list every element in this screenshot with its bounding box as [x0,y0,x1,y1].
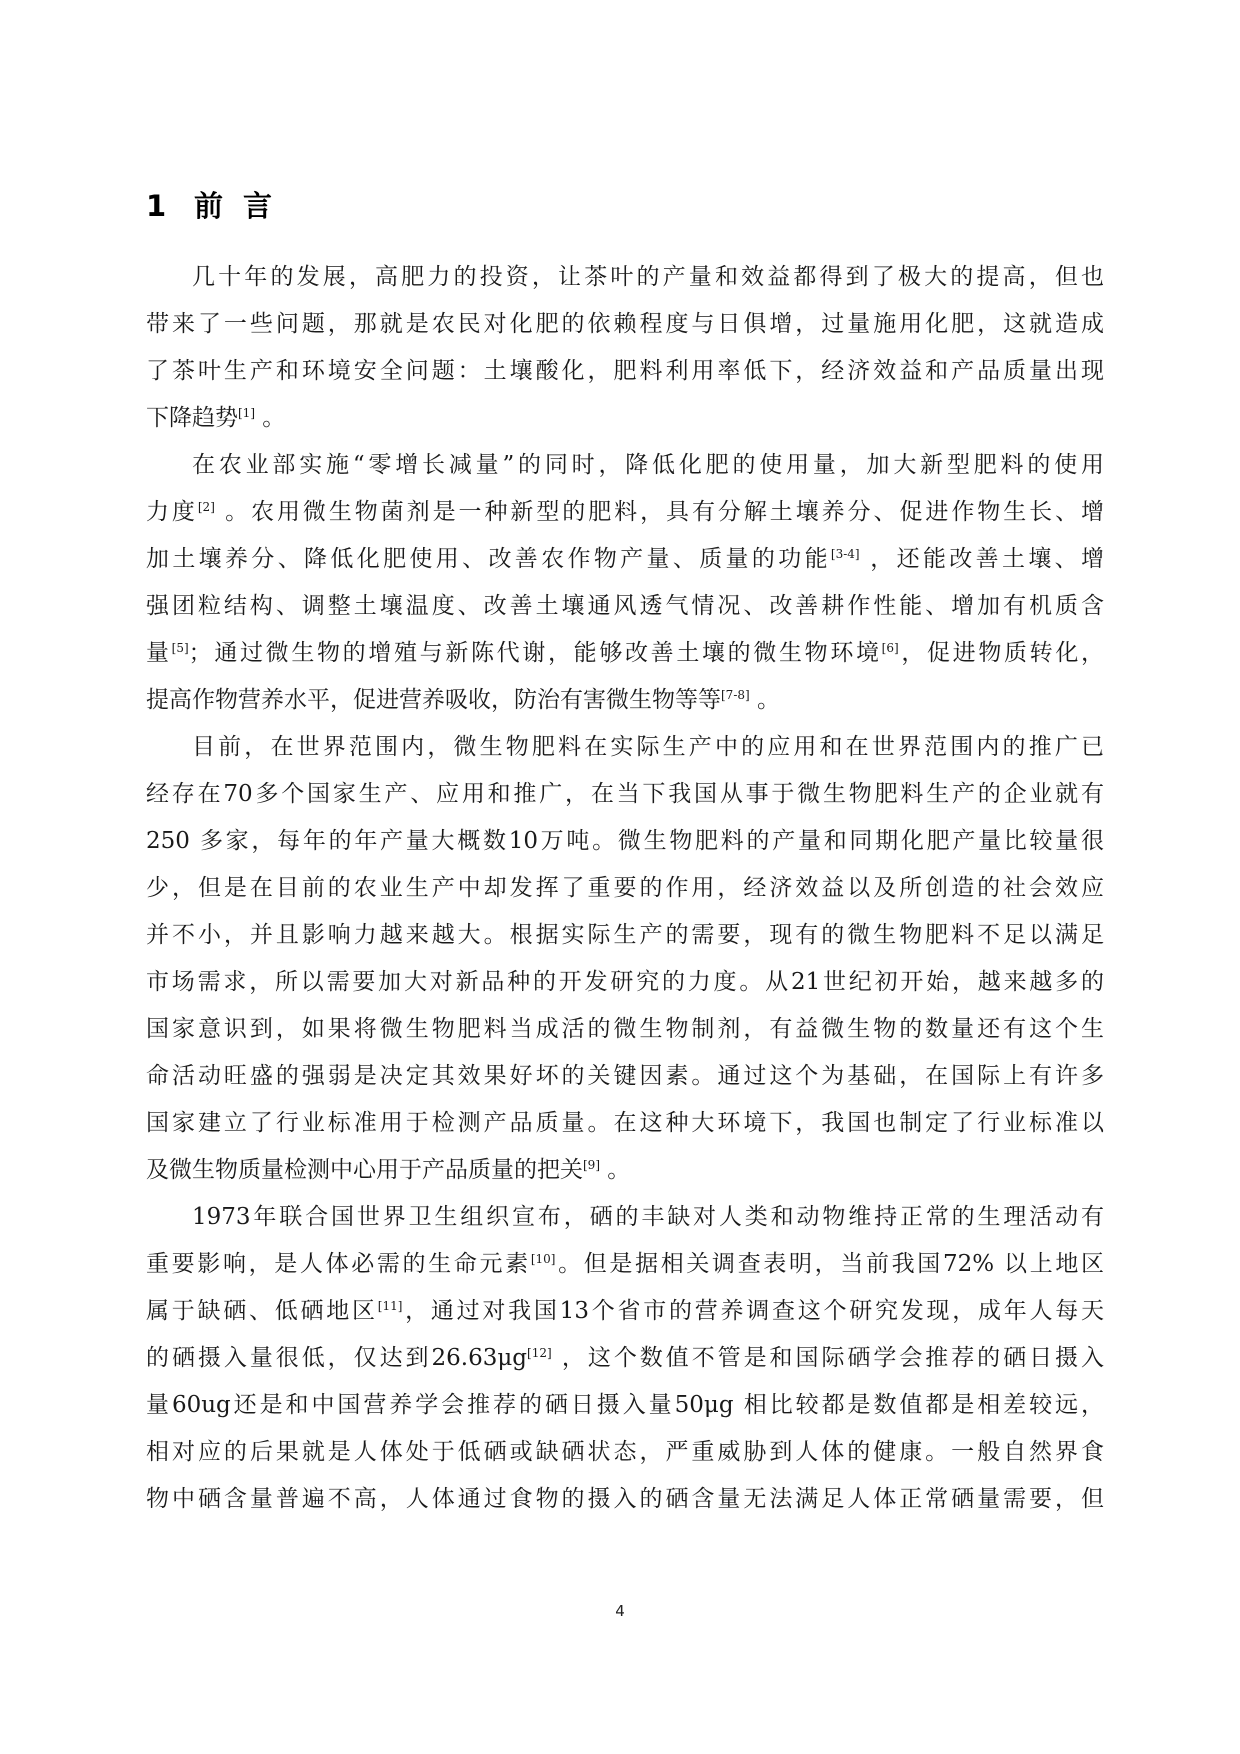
paragraph-line: 的硒摄入量很低，仅达到26.63μg[12] ，这个数值不管是和国际硒学会推荐的… [146,1335,1104,1382]
citation-ref: [10] [531,1252,556,1266]
citation-ref: [2] [198,500,215,514]
citation-ref: [6] [882,641,899,655]
citation-ref: [3-4] [831,547,860,561]
paragraph-line: 物中硒含量普遍不高，人体通过食物的摄入的硒含量无法满足人体正常硒量需要，但 [146,1476,1104,1523]
section-number: 1 [146,186,194,226]
paragraph-line: 强团粒结构、调整土壤温度、改善土壤通风透气情况、改善耕作性能、增加有机质含 [146,583,1104,630]
paragraph-line: 经存在70多个国家生产、应用和推广，在当下我国从事于微生物肥料生产的企业就有 [146,771,1104,818]
paragraph-line: 量[5]；通过微生物的增殖与新陈代谢，能够改善土壤的微生物环境[6]，促进物质转… [146,630,1104,677]
body-text: 几十年的发展，高肥力的投资，让茶叶的产量和效益都得到了极大的提高，但也 带来了一… [146,254,1104,1523]
paragraph-line: 几十年的发展，高肥力的投资，让茶叶的产量和效益都得到了极大的提高，但也 [146,254,1104,301]
citation-ref: [1] [238,406,255,420]
citation-ref: [12] [527,1346,552,1360]
paragraph-line: 国家建立了行业标准用于检测产品质量。在这种大环境下，我国也制定了行业标准以 [146,1100,1104,1147]
paragraph-line: 在农业部实施“零增长减量”的同时，降低化肥的使用量，加大新型肥料的使用 [146,442,1104,489]
paragraph-line: 重要影响，是人体必需的生命元素[10]。但是据相关调查表明，当前我国72% 以上… [146,1241,1104,1288]
citation-ref: [11] [378,1299,403,1313]
paragraph-line: 目前，在世界范围内，微生物肥料在实际生产中的应用和在世界范围内的推广已 [146,724,1104,771]
paragraph-line: 250 多家，每年的年产量大概数10万吨。微生物肥料的产量和同期化肥产量比较量很 [146,818,1104,865]
paragraph-line: 相对应的后果就是人体处于低硒或缺硒状态，严重威胁到人体的健康。一般自然界食 [146,1429,1104,1476]
section-heading: 1前言 [146,186,292,226]
paragraph-line: 量60ug还是和中国营养学会推荐的硒日摄入量50μg 相比较都是数值都是相差较远… [146,1382,1104,1429]
paragraph-line: 少，但是在目前的农业生产中却发挥了重要的作用，经济效益以及所创造的社会效应 [146,865,1104,912]
document-page: 1前言 几十年的发展，高肥力的投资，让茶叶的产量和效益都得到了极大的提高，但也 … [0,0,1240,1754]
citation-ref: [7-8] [721,688,750,702]
page-number: 4 [0,1602,1240,1620]
paragraph-line: 了茶叶生产和环境安全问题：土壤酸化，肥料利用率低下，经济效益和产品质量出现 [146,348,1104,395]
paragraph-line: 并不小，并且影响力越来越大。根据实际生产的需要，现有的微生物肥料不足以满足 [146,912,1104,959]
paragraph-line: 及微生物质量检测中心用于产品质量的把关[9] 。 [146,1147,1104,1194]
section-title: 前言 [194,189,292,223]
paragraph-line: 力度[2] 。农用微生物菌剂是一种新型的肥料，具有分解土壤养分、促进作物生长、增 [146,489,1104,536]
paragraph-line: 属于缺硒、低硒地区[11]，通过对我国13个省市的营养调查这个研究发现，成年人每… [146,1288,1104,1335]
paragraph-line: 加土壤养分、降低化肥使用、改善农作物产量、质量的功能[3-4] ，还能改善土壤、… [146,536,1104,583]
citation-ref: [5] [172,641,189,655]
paragraph-line: 1973年联合国世界卫生组织宣布，硒的丰缺对人类和动物维持正常的生理活动有 [146,1194,1104,1241]
paragraph-line: 命活动旺盛的强弱是决定其效果好坏的关键因素。通过这个为基础，在国际上有许多 [146,1053,1104,1100]
paragraph-line: 下降趋势[1] 。 [146,395,1104,442]
paragraph-line: 提高作物营养水平，促进营养吸收，防治有害微生物等等[7-8] 。 [146,677,1104,724]
citation-ref: [9] [583,1158,600,1172]
paragraph-line: 市场需求，所以需要加大对新品种的开发研究的力度。从21世纪初开始，越来越多的 [146,959,1104,1006]
paragraph-line: 国家意识到，如果将微生物肥料当成活的微生物制剂，有益微生物的数量还有这个生 [146,1006,1104,1053]
paragraph-line: 带来了一些问题，那就是农民对化肥的依赖程度与日俱增，过量施用化肥，这就造成 [146,301,1104,348]
